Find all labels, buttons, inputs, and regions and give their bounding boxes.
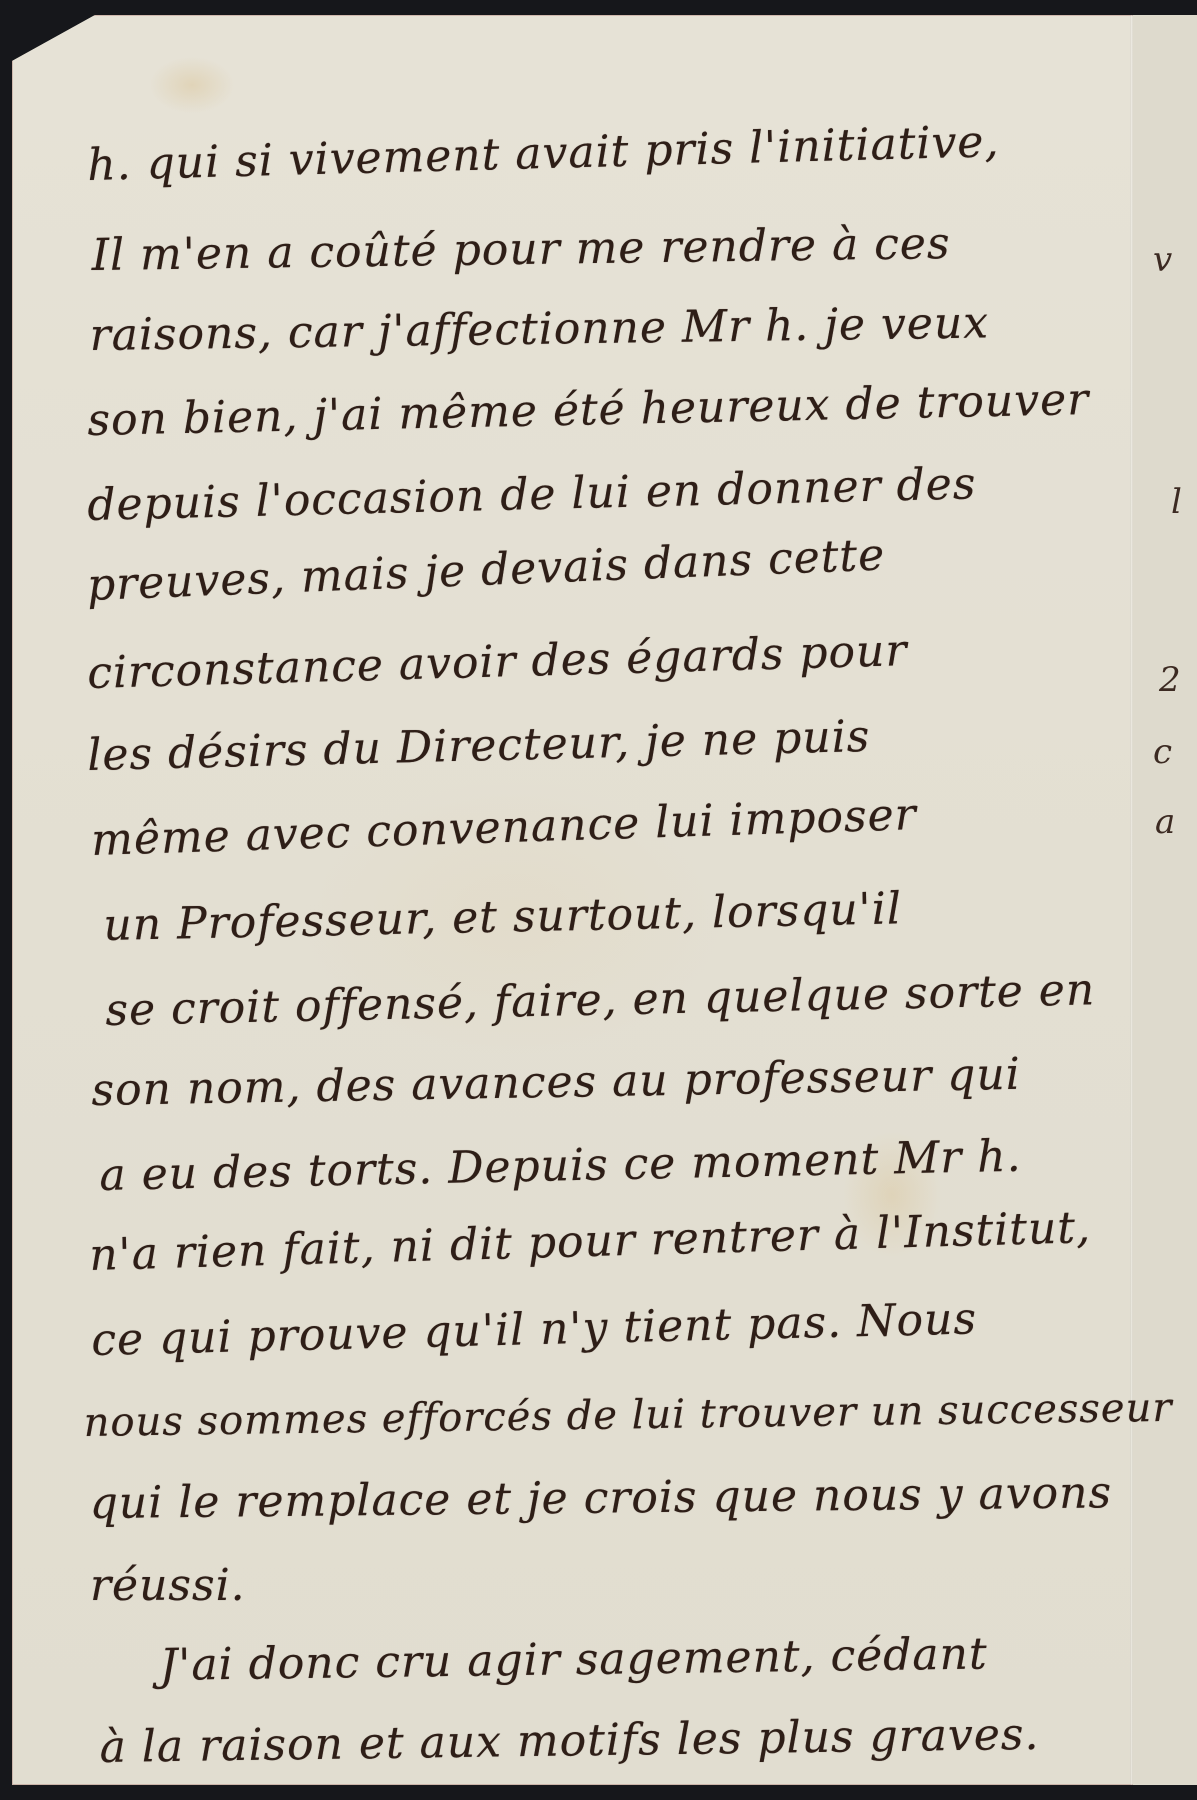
text-line: J'ai donc cru agir sagement, cédant xyxy=(159,1628,988,1691)
text-line: qui le remplace et je crois que nous y a… xyxy=(89,1467,1112,1529)
adjacent-page: v l 2 c a xyxy=(1133,15,1197,1785)
text-line: Il m'en a coûté pour me rendre à ces xyxy=(91,218,951,281)
text-line: h. qui si vivement avait pris l'initiati… xyxy=(87,116,1000,191)
text-line: son nom, des avances au professeur qui xyxy=(91,1049,1021,1116)
text-line: à la raison et aux motifs les plus grave… xyxy=(99,1709,1039,1773)
adjacent-page-fragment: v xyxy=(1153,243,1172,277)
text-line: se croit offensé, faire, en quelque sort… xyxy=(105,964,1096,1036)
adjacent-page-fragment: c xyxy=(1153,735,1172,769)
text-line: même avec convenance lui imposer xyxy=(90,789,917,866)
text-line: réussi. xyxy=(90,1560,246,1611)
adjacent-page-fragment: 2 xyxy=(1159,663,1181,697)
text-line: raisons, car j'affectionne Mr h. je veux xyxy=(89,297,989,361)
text-line: depuis l'occasion de lui en donner des xyxy=(87,458,977,531)
text-line: ce qui prouve qu'il n'y tient pas. Nous xyxy=(91,1293,978,1366)
text-line: un Professeur, et surtout, lorsqu'il xyxy=(103,883,902,951)
letter-body: h. qui si vivement avait pris l'initiati… xyxy=(0,0,1130,1800)
text-line: a eu des torts. Depuis ce moment Mr h. xyxy=(99,1131,1022,1201)
text-line: les désirs du Directeur, je ne puis xyxy=(87,711,871,781)
text-line: circonstance avoir des égards pour xyxy=(87,625,909,699)
adjacent-page-fragment: l xyxy=(1171,485,1182,519)
text-line: son bien, j'ai même été heureux de trouv… xyxy=(87,374,1090,446)
text-line: nous sommes efforcés de lui trouver un s… xyxy=(83,1385,1172,1446)
text-line: n'a rien fait, ni dit pour rentrer à l'I… xyxy=(89,1202,1092,1281)
text-line: preuves, mais je devais dans cette xyxy=(86,529,886,611)
page-fold xyxy=(1130,15,1133,1785)
adjacent-page-fragment: a xyxy=(1155,805,1175,839)
